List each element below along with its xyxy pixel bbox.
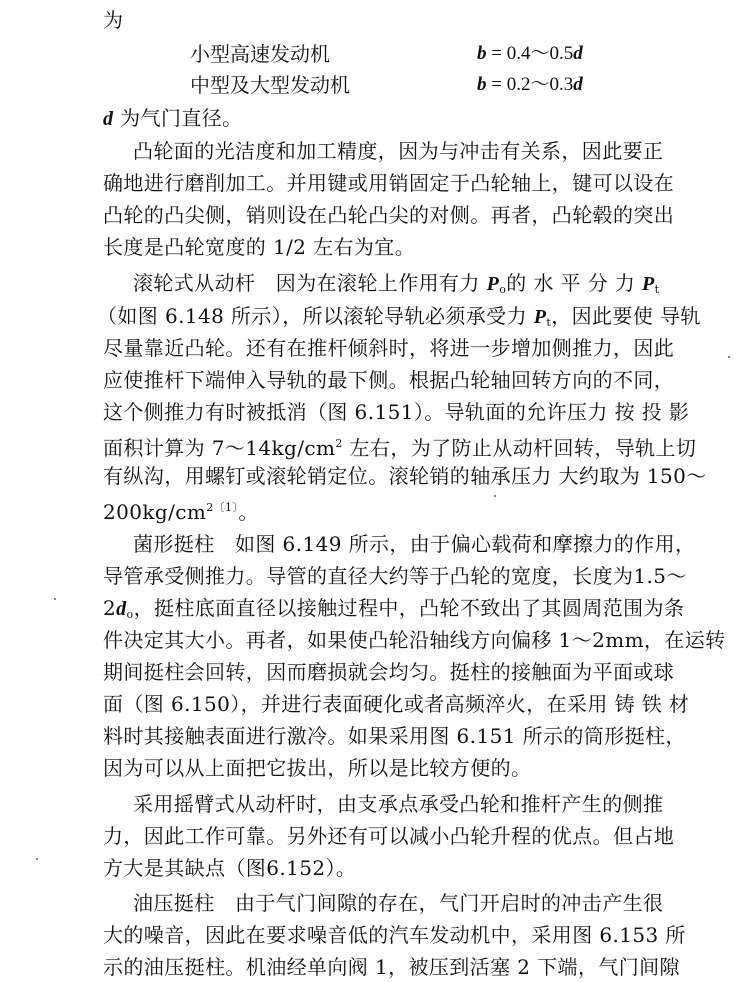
text-line: 料时其接触表面进行激冷。如果采用图 6.151 所示的筒形挺柱， [103, 722, 733, 750]
scan-speck [36, 858, 38, 860]
text-line: 有纵沟，用螺钉或滚轮销定位。滚轮销的轴承压力 大约取为 150～ [103, 462, 733, 490]
text-line: 件决定其大小。再者，如果使凸轮沿轴线方向偏移 1～2mm，在运转 [103, 626, 733, 654]
intro-word: 为 [103, 6, 733, 34]
scanned-book-page: 为 小型高速发动机 b = 0.4～0.5d 中型及大型发动机 b = 0.2～… [0, 0, 738, 982]
text-line: 方大是其缺点（图6.152）。 [103, 854, 733, 882]
text-line: 200kg/cm2〔1〕。 [103, 494, 733, 526]
text-line: 大的噪音，因此在要求噪音低的汽车发动机中，采用图 6.153 所 [103, 921, 733, 949]
formula-label: 小型高速发动机 [190, 40, 330, 68]
text-line: 面（图 6.150），并进行表面硬化或者高频淬火，在采用 铸 铁 材 [103, 690, 733, 718]
text-line: 滚轮式从动杆 因为在滚轮上作用有力 Po的 水 平 分 力 Pt [133, 269, 733, 304]
formula-expression: b = 0.2～0.3d [477, 71, 583, 99]
text-line: 菌形挺柱 如图 6.149 所示，由于偏心载荷和摩擦力的作用， [133, 530, 733, 558]
text-line: 示的油压挺柱。机油经单向阀 1，被压到活塞 2 下端，气门间隙 [103, 953, 733, 981]
text-line: 确地进行磨削加工。并用键或用销固定于凸轮轴上，键可以设在 [103, 169, 733, 197]
d-definition: d 为气门直径。 [103, 104, 733, 133]
formula-label: 中型及大型发动机 [190, 71, 350, 99]
scan-speck [54, 598, 56, 600]
formula-expression: b = 0.4～0.5d [477, 40, 583, 68]
text-line: 力，因此工作可靠。另外还有可以减小凸轮升程的优点。但占地 [103, 822, 733, 850]
text-line: 2do，挺柱底面直径以接触过程中，凸轮不致出了其圆周范围为条 [103, 594, 733, 629]
text-line: 这个侧推力有时被抵消（图 6.151）。导轨面的允许压力 按 投 影 [103, 398, 733, 426]
text-line: 面积计算为 7～14kg/cm2 左右，为了防止从动杆回转，导轨上切 [103, 430, 733, 462]
text-line: 采用摇臂式从动杆时，由支承点承受凸轮和推杆产生的侧推 [133, 790, 733, 818]
text-line: 凸轮的凸尖侧，销则设在凸轮凸尖的对侧。再者，凸轮毂的突出 [103, 201, 733, 229]
text-line: 导管承受侧推力。导管的直径大约等于凸轮的宽度，长度为1.5～ [103, 562, 733, 590]
text-line: 应使推杆下端伸入导轨的最下侧。根据凸轮轴回转方向的不同， [103, 366, 733, 394]
text-line: 油压挺柱 由于气门间隙的存在，气门开启时的冲击产生很 [133, 889, 733, 917]
text-line: 凸轮面的光洁度和加工精度，因为与冲击有关系，因此要正 [133, 137, 733, 165]
text-line: 期间挺柱会回转，因而磨损就会均匀。挺柱的接触面为平面或球 [103, 658, 733, 686]
text-line: 尽量靠近凸轮。还有在推杆倾斜时，将进一步增加侧推力，因此 [103, 334, 733, 362]
scan-speck [494, 495, 496, 497]
scan-speck [728, 356, 730, 358]
text-line: 长度是凸轮宽度的 1/2 左右为宜。 [103, 233, 733, 261]
text-line: （如图 6.148 所示），所以滚轮导轨必须承受力 Pt，因此要使 导轨 [97, 302, 727, 337]
text-line: 因为可以从上面把它拔出，所以是比较方便的。 [103, 754, 733, 782]
